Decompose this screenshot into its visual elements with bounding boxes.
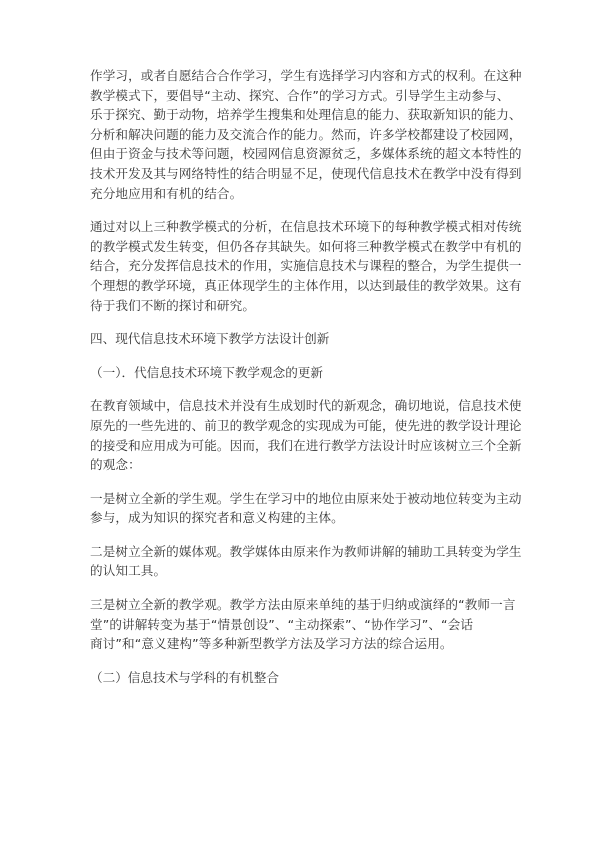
subsection-heading-4-2: （二）信息技术与学科的有机整合	[90, 668, 508, 688]
text-line: 二是树立全新的媒体观。教学媒体由原来作为教师讲解的辅助工具转变为学生	[90, 542, 508, 562]
text-line: 一是树立全新的学生观。学生在学习中的地位由原来处于被动地位转变为主动	[90, 489, 508, 509]
text-line: 的认知工具。	[90, 561, 508, 581]
text-line: 原先的一些先进的、前卫的教学观念的实现成为可能，使先进的教学设计理论	[90, 416, 508, 436]
text-line: 参与，成为知识的探究者和意义构建的主体。	[90, 508, 508, 528]
paragraph-teaching-view: 三是树立全新的教学观。教学方法由原来单纯的基于归纳或演绎的“教师一言 堂”的讲解…	[90, 595, 508, 654]
paragraph-student-view: 一是树立全新的学生观。学生在学习中的地位由原来处于被动地位转变为主动 参与，成为…	[90, 489, 508, 528]
text-line: 的接受和应用成为可能。因而，我们在进行教学方法设计时应该树立三个全新	[90, 436, 508, 456]
subsection-heading-4-1: （一）．代信息技术环境下教学观念的更新	[90, 363, 508, 383]
text-line: 乐于探究、勤于动物，培养学生搜集和处理信息的能力、获取新知识的能力、	[90, 105, 508, 125]
text-line: 技术开发及其与网络特性的结合明显不足，使现代信息技术在教学中没有得到	[90, 164, 508, 184]
paragraph-media-view: 二是树立全新的媒体观。教学媒体由原来作为教师讲解的辅助工具转变为学生 的认知工具…	[90, 542, 508, 581]
document-page: 作学习，或者自愿结合合作学习，学生有选择学习内容和方式的权利。在这种 教学模式下…	[90, 66, 508, 701]
text-line: 个理想的教学环境，真正体现学生的主体作用，以达到最佳的教学效果。这有	[90, 276, 508, 296]
text-line: 通过对以上三种教学模式的分析，在信息技术环境下的每种教学模式相对传统	[90, 217, 508, 237]
heading-text: 四、现代信息技术环境下教学方法设计创新	[90, 329, 508, 349]
paragraph-web-teaching-mode: 作学习，或者自愿结合合作学习，学生有选择学习内容和方式的权利。在这种 教学模式下…	[90, 66, 508, 203]
text-line: 待于我们不断的探讨和研究。	[90, 296, 508, 316]
heading-text: （一）．代信息技术环境下教学观念的更新	[90, 363, 508, 383]
text-line: 商讨”和“意义建构”等多种新型教学方法及学习方法的综合运用。	[90, 634, 508, 654]
text-line: 堂”的讲解转变为基于“情景创设”、“主动探索”、“协作学习”、“会话	[90, 615, 508, 635]
paragraph-analysis-summary: 通过对以上三种教学模式的分析，在信息技术环境下的每种教学模式相对传统 的教学模式…	[90, 217, 508, 315]
text-line: 在教育领域中，信息技术并没有生成划时代的新观念，确切地说，信息技术使	[90, 396, 508, 416]
section-heading-4: 四、现代信息技术环境下教学方法设计创新	[90, 329, 508, 349]
text-line: 但由于资金与技术等问题，校园网信息资源贫乏，多媒体系统的超文本特性的	[90, 144, 508, 164]
text-line: 分析和解决问题的能力及交流合作的能力。然而，许多学校都建设了校园网，	[90, 125, 508, 145]
text-line: 结合，充分发挥信息技术的作用，实施信息技术与课程的整合，为学生提供一	[90, 256, 508, 276]
text-line: 的观念：	[90, 455, 508, 475]
text-line: 的教学模式发生转变，但仍各存其缺失。如何将三种教学模式在教学中有机的	[90, 237, 508, 257]
text-line: 充分地应用和有机的结合。	[90, 184, 508, 204]
paragraph-concept-update: 在教育领域中，信息技术并没有生成划时代的新观念，确切地说，信息技术使 原先的一些…	[90, 396, 508, 474]
text-line: 三是树立全新的教学观。教学方法由原来单纯的基于归纳或演绎的“教师一言	[90, 595, 508, 615]
text-line: 作学习，或者自愿结合合作学习，学生有选择学习内容和方式的权利。在这种	[90, 66, 508, 86]
heading-text: （二）信息技术与学科的有机整合	[90, 668, 508, 688]
text-line: 教学模式下，要倡导“主动、探究、合作”的学习方式。引导学生主动参与、	[90, 86, 508, 106]
